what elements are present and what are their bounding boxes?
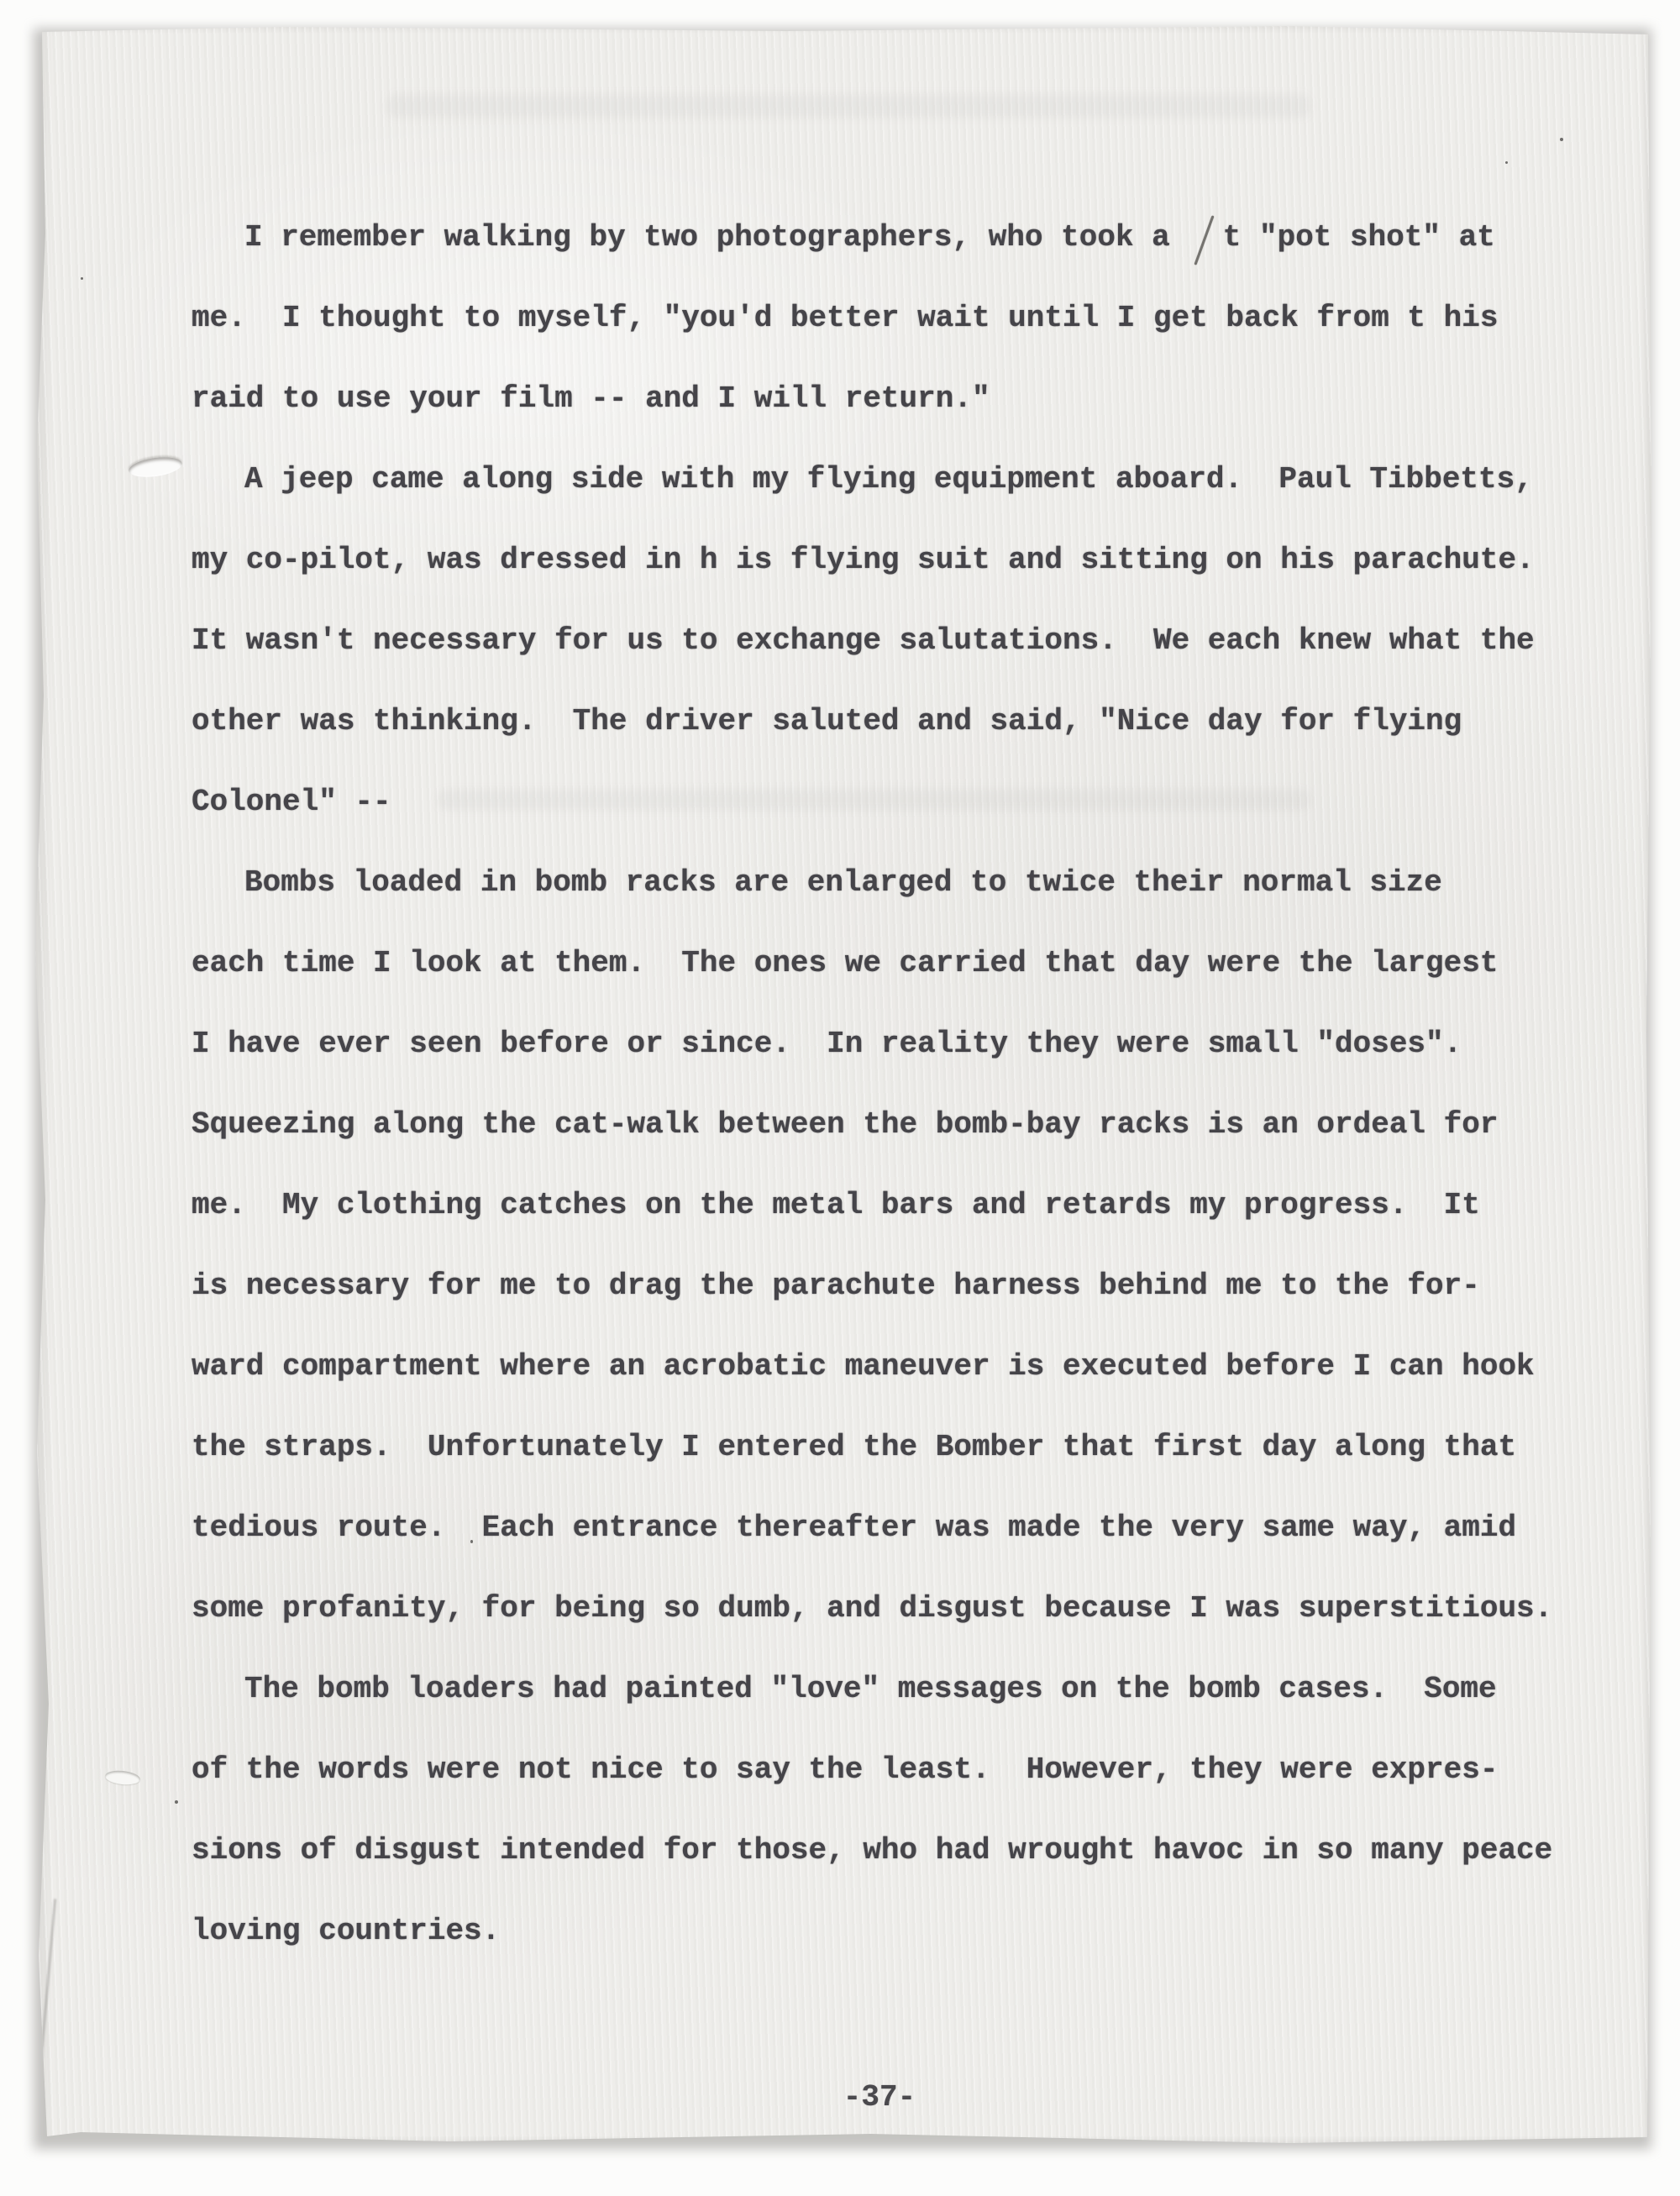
handwritten-slash-mark: t bbox=[1170, 197, 1242, 278]
text-line: each time I look at them. The ones we ca… bbox=[192, 923, 1611, 1004]
text-line: tedious route. Each entrance thereafter … bbox=[192, 1488, 1611, 1568]
bleedthrough-smudge bbox=[386, 94, 1310, 118]
ink-speck bbox=[1505, 161, 1508, 164]
paragraph: I remember walking by two photographers,… bbox=[192, 197, 1611, 439]
paper-stain bbox=[104, 1769, 140, 1786]
text-line: A jeep came along side with my flying eq… bbox=[192, 439, 1611, 520]
text-line: my co-pilot, was dressed in h is flying … bbox=[192, 520, 1611, 601]
scanned-document: I remember walking by two photographers,… bbox=[0, 0, 1680, 2196]
text-line: Bombs loaded in bomb racks are enlarged … bbox=[192, 843, 1611, 923]
text-line: The bomb loaders had painted "love" mess… bbox=[192, 1649, 1611, 1730]
text-line: sions of disgust intended for those, who… bbox=[192, 1810, 1611, 1891]
text-segment: "pot shot" at bbox=[1241, 220, 1494, 255]
text-line: some profanity, for being so dumb, and d… bbox=[192, 1568, 1611, 1649]
text-line: me. My clothing catches on the metal bar… bbox=[192, 1165, 1611, 1246]
text-line: ward compartment where an acrobatic mane… bbox=[192, 1327, 1611, 1407]
text-segment: I remember walking by two photographers,… bbox=[244, 220, 1170, 255]
page-number: -37- bbox=[821, 2081, 938, 2115]
text-line: I remember walking by two photographers,… bbox=[192, 197, 1611, 278]
paragraph: Bombs loaded in bomb racks are enlarged … bbox=[192, 843, 1611, 1649]
text-line: Colonel" -- bbox=[192, 762, 1611, 843]
text-line: It wasn't necessary for us to exchange s… bbox=[192, 601, 1611, 681]
text-line: I have ever seen before or since. In rea… bbox=[192, 1004, 1611, 1085]
ink-speck bbox=[81, 277, 83, 280]
text-line: Squeezing along the cat-walk between the… bbox=[192, 1085, 1611, 1165]
paragraph: A jeep came along side with my flying eq… bbox=[192, 439, 1611, 843]
text-line: the straps. Unfortunately I entered the … bbox=[192, 1407, 1611, 1488]
ink-speck bbox=[1560, 138, 1563, 141]
text-line: is necessary for me to drag the parachut… bbox=[192, 1246, 1611, 1327]
paragraph: The bomb loaders had painted "love" mess… bbox=[192, 1649, 1611, 1972]
text-line: raid to use your film -- and I will retu… bbox=[192, 359, 1611, 439]
paper-tear bbox=[128, 454, 183, 481]
text-line: loving countries. bbox=[192, 1891, 1611, 1972]
typed-text: I remember walking by two photographers,… bbox=[192, 197, 1611, 1972]
text-line: me. I thought to myself, "you'd better w… bbox=[192, 278, 1611, 359]
document-page: I remember walking by two photographers,… bbox=[30, 24, 1651, 2149]
text-line: other was thinking. The driver saluted a… bbox=[192, 681, 1611, 762]
ink-speck bbox=[175, 1800, 178, 1804]
text-line: of the words were not nice to say the le… bbox=[192, 1730, 1611, 1810]
